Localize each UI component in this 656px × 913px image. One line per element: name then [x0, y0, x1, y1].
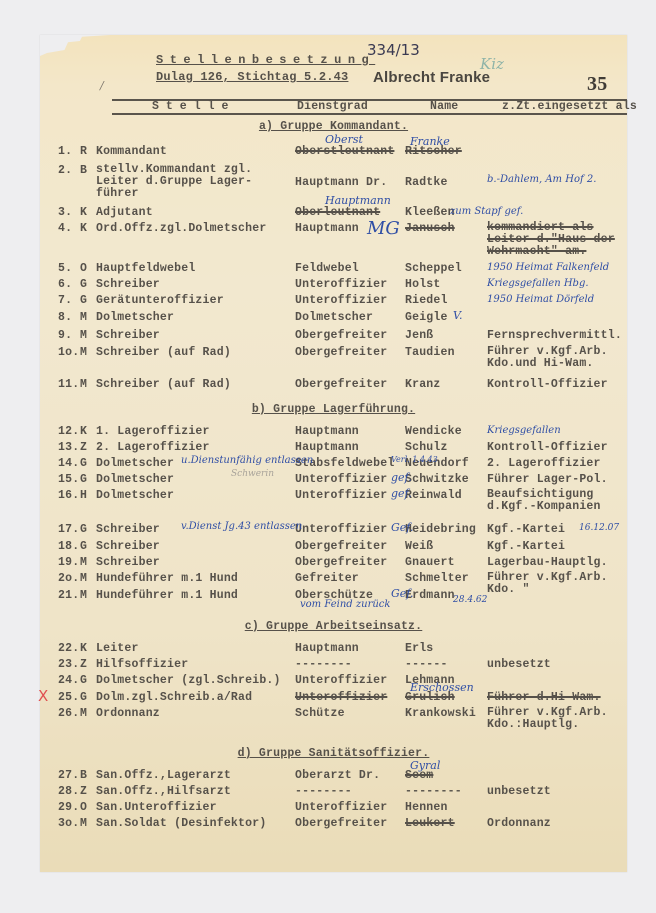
- initials-mark: Kiz: [480, 55, 504, 73]
- row-name: Reinwald: [405, 489, 462, 502]
- row-code: G: [80, 457, 87, 470]
- row-code: G: [80, 540, 87, 553]
- row-stelle: Dolmetscher (zgl.Schreib.): [96, 674, 281, 687]
- row-number: 6.: [58, 278, 72, 291]
- row-stelle: San.Offz.,Lagerarzt: [96, 769, 231, 782]
- handwritten-mark: MG: [367, 218, 400, 239]
- row-eingesetzt: kommandiert als Leiter d."Haus der Wehrm…: [487, 222, 627, 258]
- row-eingesetzt: Führer d.Hi-Wam.: [487, 691, 601, 704]
- row-dienstgrad: Oberarzt Dr.: [295, 769, 380, 782]
- handwritten-note: zum Stapf gef.: [450, 206, 523, 217]
- row-dienstgrad: Hauptmann Dr.: [295, 176, 387, 189]
- row-eingesetzt: Führer Lager-Pol.: [487, 473, 608, 486]
- row-code: M: [80, 329, 87, 342]
- row-code: H: [80, 489, 87, 502]
- row-code: G: [80, 523, 87, 536]
- row-stelle: Dolm.zgl.Schreib.a/Rad: [96, 691, 252, 704]
- row-code: O: [80, 801, 87, 814]
- row-number: 27.: [58, 769, 79, 782]
- row-number: 22.: [58, 642, 79, 655]
- section-heading: d) Gruppe Sanitätsoffizier.: [40, 747, 627, 760]
- divider: [112, 113, 627, 115]
- row-name: Kleeßen: [405, 206, 455, 219]
- row-stelle: San.Offz.,Hilfsarzt: [96, 785, 231, 798]
- handwritten-mark: Gef.: [391, 587, 413, 600]
- handwritten-mark: gef.: [391, 471, 412, 484]
- row-number: 2.: [58, 164, 72, 177]
- row-name: Wendicke: [405, 425, 462, 438]
- row-name: Janusch: [405, 222, 455, 235]
- handwritten-rank: Hauptmann: [325, 194, 391, 207]
- row-eingesetzt: 2. Lageroffizier: [487, 457, 601, 470]
- row-stelle: Leiter: [96, 642, 139, 655]
- row-code: Z: [80, 441, 87, 454]
- row-stelle: Schreiber: [96, 278, 160, 291]
- row-name: Heidebring: [405, 523, 476, 536]
- row-stelle: Dolmetscher: [96, 489, 174, 502]
- row-number: 24.: [58, 674, 79, 687]
- row-dienstgrad: --------: [295, 785, 352, 798]
- row-name: Erls: [405, 642, 433, 655]
- section-title: c) Gruppe Arbeitseinsatz.: [245, 620, 423, 633]
- row-code: G: [80, 278, 87, 291]
- row-stelle: San.Unteroffizier: [96, 801, 217, 814]
- page-number: 35: [587, 73, 607, 96]
- row-code: M: [80, 346, 87, 359]
- handwritten-rank: Oberst: [325, 133, 363, 146]
- handwritten-mark: Verl. 1.4.43: [391, 455, 438, 464]
- row-dienstgrad: Hauptmann: [295, 222, 359, 235]
- row-dienstgrad: Feldwebel: [295, 262, 359, 275]
- row-number: 5.: [58, 262, 72, 275]
- row-code: G: [80, 674, 87, 687]
- row-dienstgrad: Gefreiter: [295, 572, 359, 585]
- row-code: Z: [80, 658, 87, 671]
- col-header-stelle: Stelle: [152, 100, 235, 113]
- row-dienstgrad: Obergefreiter: [295, 817, 387, 830]
- row-number: 1.: [58, 145, 72, 158]
- handwritten-mark: gef.: [391, 487, 412, 500]
- row-eingesetzt: Beaufsichtigung d.Kgf.-Kompanien: [487, 489, 627, 513]
- row-number: 9.: [58, 329, 72, 342]
- row-number: 11.: [58, 378, 79, 391]
- row-name: Taudien: [405, 346, 455, 359]
- row-dienstgrad: Obergefreiter: [295, 540, 387, 553]
- row-dienstgrad: Unteroffizier: [295, 278, 387, 291]
- corner-mark: /: [100, 79, 104, 92]
- row-code: B: [80, 164, 87, 177]
- row-eingesetzt: Kontroll-Offizier: [487, 441, 608, 454]
- row-name: Holst: [405, 278, 441, 291]
- document-page: Stellenbesetzung Dulag 126, Stichtag 5.2…: [40, 35, 627, 872]
- row-code: O: [80, 262, 87, 275]
- row-dienstgrad: Unteroffizier: [295, 294, 387, 307]
- row-dienstgrad: Hauptmann: [295, 425, 359, 438]
- col-header-dienstgrad: Dienstgrad: [297, 100, 368, 113]
- row-code: B: [80, 769, 87, 782]
- row-code: M: [80, 311, 87, 324]
- row-number: 25.: [58, 691, 79, 704]
- handwritten-note: 1950 Heimat Falkenfeld: [487, 262, 609, 273]
- row-number: 16.: [58, 489, 79, 502]
- row-name: ------: [405, 658, 448, 671]
- row-name: Kranz: [405, 378, 441, 391]
- row-eingesetzt: unbesetzt: [487, 785, 551, 798]
- row-name: --------: [405, 785, 462, 798]
- row-name: Leukert: [405, 817, 455, 830]
- row-stelle: Hundeführer m.1 Hund: [96, 589, 238, 602]
- row-name: Riedel: [405, 294, 448, 307]
- handwritten-date: 28.4.62: [453, 595, 487, 605]
- row-name: Schmelter: [405, 572, 469, 585]
- row-stelle: Dolmetscher: [96, 457, 174, 470]
- row-stelle: Kommandant: [96, 145, 167, 158]
- row-code: G: [80, 691, 87, 704]
- section-title: a) Gruppe Kommandant.: [259, 120, 408, 133]
- row-eingesetzt: Führer v.Kgf.Arb. Kdo.und Hi-Wam.: [487, 346, 627, 370]
- row-stelle: Schreiber (auf Rad): [96, 378, 231, 391]
- row-number: 8.: [58, 311, 72, 324]
- row-dienstgrad: Obergefreiter: [295, 346, 387, 359]
- col-header-name: Name: [430, 100, 458, 113]
- row-number: 7.: [58, 294, 72, 307]
- row-dienstgrad: Unteroffizier: [295, 523, 387, 536]
- row-dienstgrad: Dolmetscher: [295, 311, 373, 324]
- red-x-mark: X: [38, 687, 48, 705]
- row-dienstgrad: Unteroffizier: [295, 674, 387, 687]
- row-number: 19.: [58, 556, 79, 569]
- row-code: M: [80, 817, 87, 830]
- name-stamp: Albrecht Franke: [373, 69, 490, 86]
- row-stelle: San.Soldat (Desinfektor): [96, 817, 266, 830]
- row-code: M: [80, 378, 87, 391]
- handwritten-note: Kriegsgefallen Hbg.: [487, 278, 589, 289]
- row-stelle: Schreiber: [96, 523, 160, 536]
- document-subtitle: Dulag 126, Stichtag 5.2.43: [156, 70, 348, 84]
- row-number: 3o.: [58, 817, 79, 830]
- row-stelle: Ordonnanz: [96, 707, 160, 720]
- row-number: 14.: [58, 457, 79, 470]
- row-number: 1o.: [58, 346, 79, 359]
- row-stelle: Schreiber (auf Rad): [96, 346, 231, 359]
- row-eingesetzt: Lagerbau-Hauptlg.: [487, 556, 608, 569]
- row-eingesetzt: unbesetzt: [487, 658, 551, 671]
- row-stelle: Ord.Offz.zgl.Dolmetscher: [96, 222, 266, 235]
- section-title: d) Gruppe Sanitätsoffizier.: [238, 747, 430, 760]
- row-eingesetzt: Führer v.Kgf.Arb. Kdo.:Hauptlg.: [487, 707, 627, 731]
- handwritten-note: vom Feind zurück: [300, 599, 390, 610]
- handwritten-name: Gyral: [410, 759, 440, 772]
- row-name: Krankowski: [405, 707, 476, 720]
- row-dienstgrad: Schütze: [295, 707, 345, 720]
- row-code: R: [80, 145, 87, 158]
- row-code: G: [80, 294, 87, 307]
- row-code: K: [80, 642, 87, 655]
- section-heading: a) Gruppe Kommandant.: [40, 120, 627, 133]
- row-dienstgrad: Obergefreiter: [295, 378, 387, 391]
- row-number: 26.: [58, 707, 79, 720]
- row-dienstgrad: Unteroffizier: [295, 801, 387, 814]
- row-dienstgrad: --------: [295, 658, 352, 671]
- row-code: K: [80, 425, 87, 438]
- row-code: M: [80, 589, 87, 602]
- handwritten-name: Franke: [410, 135, 450, 148]
- row-name: Radtke: [405, 176, 448, 189]
- row-name: Schwitzke: [405, 473, 469, 486]
- row-number: 21.: [58, 589, 79, 602]
- row-name: Scheppel: [405, 262, 462, 275]
- handwritten-mark: Gef.: [391, 521, 413, 534]
- handwritten-date: 16.12.07: [579, 523, 619, 533]
- row-number: 4.: [58, 222, 72, 235]
- row-dienstgrad: Unteroffizier: [295, 473, 387, 486]
- row-dienstgrad: Hauptmann: [295, 642, 359, 655]
- row-name: Gnauert: [405, 556, 455, 569]
- row-dienstgrad: Oberstleutnant: [295, 145, 394, 158]
- handwritten-note: v.Dienst Jg.43 entlassen: [181, 521, 302, 532]
- row-code: K: [80, 222, 87, 235]
- row-name: Weiß: [405, 540, 433, 553]
- col-header-eingesetzt: z.Zt.eingesetzt als: [502, 100, 637, 113]
- section-heading: b) Gruppe Lagerführung.: [40, 403, 627, 416]
- row-stelle: Dolmetscher: [96, 473, 174, 486]
- pencil-note: Schwerin: [231, 469, 274, 479]
- handwritten-note: u.Dienstunfähig entlassen: [181, 455, 313, 466]
- row-name: Hennen: [405, 801, 448, 814]
- row-number: 28.: [58, 785, 79, 798]
- section-title: b) Gruppe Lagerführung.: [252, 403, 415, 416]
- row-stelle: Hauptfeldwebel: [96, 262, 195, 275]
- handwritten-note: 1950 Heimat Dörfeld: [487, 294, 594, 305]
- row-dienstgrad: Obergefreiter: [295, 329, 387, 342]
- row-eingesetzt: Fernsprechvermittl.: [487, 329, 622, 342]
- row-code: M: [80, 572, 87, 585]
- row-dienstgrad: Unteroffizier: [295, 489, 387, 502]
- row-name: Geigle: [405, 311, 448, 324]
- row-stelle: Adjutant: [96, 206, 153, 219]
- row-eingesetzt: Kontroll-Offizier: [487, 378, 608, 391]
- row-code: M: [80, 707, 87, 720]
- row-name: Schulz: [405, 441, 448, 454]
- row-stelle: Gerätunteroffizier: [96, 294, 224, 307]
- row-code: K: [80, 206, 87, 219]
- row-number: 17.: [58, 523, 79, 536]
- row-number: 15.: [58, 473, 79, 486]
- row-code: Z: [80, 785, 87, 798]
- row-stelle: Schreiber: [96, 556, 160, 569]
- row-name: Jenß: [405, 329, 433, 342]
- row-code: G: [80, 473, 87, 486]
- row-stelle: Dolmetscher: [96, 311, 174, 324]
- row-number: 29.: [58, 801, 79, 814]
- row-stelle: Schreiber: [96, 329, 160, 342]
- row-stelle: Schreiber: [96, 540, 160, 553]
- row-eingesetzt: Kgf.-Kartei: [487, 540, 565, 553]
- row-stelle: 2. Lageroffizier: [96, 441, 210, 454]
- row-eingesetzt: Kgf.-Kartei: [487, 523, 565, 536]
- row-number: 3.: [58, 206, 72, 219]
- row-stelle: 1. Lageroffizier: [96, 425, 210, 438]
- handwritten-mark: V.: [453, 309, 463, 322]
- archive-number: 334/13: [367, 41, 420, 59]
- row-number: 18.: [58, 540, 79, 553]
- row-dienstgrad: Hauptmann: [295, 441, 359, 454]
- row-stelle: Hundeführer m.1 Hund: [96, 572, 238, 585]
- row-dienstgrad: Obergefreiter: [295, 556, 387, 569]
- handwritten-note: Kriegsgefallen: [487, 425, 561, 436]
- row-eingesetzt: Ordonnanz: [487, 817, 551, 830]
- row-number: 13.: [58, 441, 79, 454]
- row-eingesetzt: Führer v.Kgf.Arb. Kdo. ": [487, 572, 627, 596]
- row-number: 2o.: [58, 572, 79, 585]
- row-number: 12.: [58, 425, 79, 438]
- row-stelle: stellv.Kommandant zgl. Leiter d.Gruppe L…: [96, 164, 286, 200]
- row-number: 23.: [58, 658, 79, 671]
- handwritten-note: b.-Dahlem, Am Hof 2.: [487, 174, 596, 185]
- row-code: M: [80, 556, 87, 569]
- row-stelle: Hilfsoffizier: [96, 658, 188, 671]
- section-heading: c) Gruppe Arbeitseinsatz.: [40, 620, 627, 633]
- document-title: Stellenbesetzung: [156, 53, 375, 67]
- handwritten-name: Erschossen: [410, 681, 474, 694]
- row-dienstgrad: Unteroffizier: [295, 691, 387, 704]
